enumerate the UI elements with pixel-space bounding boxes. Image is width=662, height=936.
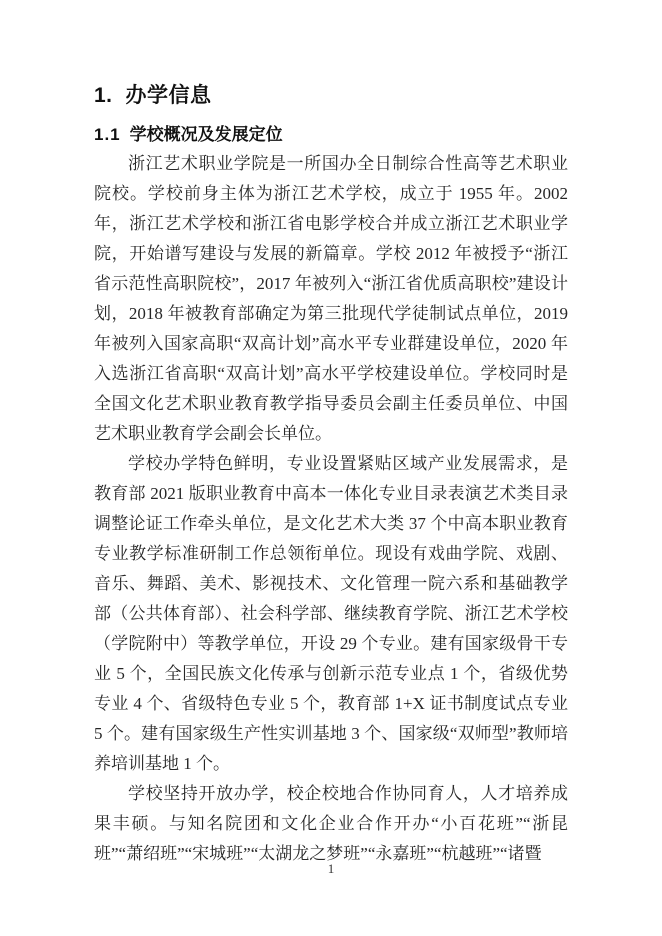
section-number: 1. <box>94 84 113 108</box>
paragraph-school-overview: 浙江艺术职业学院是一所国办全日制综合性高等艺术职业院校。学校前身主体为浙江艺术学… <box>94 149 568 449</box>
subsection-number: 1.1 <box>94 124 121 146</box>
document-page: 1.办学信息 1.1学校概况及发展定位 浙江艺术职业学院是一所国办全日制综合性高… <box>0 0 662 936</box>
subsection-title: 学校概况及发展定位 <box>130 125 283 144</box>
section-title: 办学信息 <box>126 84 212 107</box>
section-heading: 1.办学信息 <box>94 84 568 108</box>
paragraph-open-cooperation: 学校坚持开放办学，校企校地合作协同育人，人才培养成果丰硕。与知名院团和文化企业合… <box>94 779 568 869</box>
paragraph-specialty-features: 学校办学特色鲜明，专业设置紧贴区域产业发展需求，是教育部 2021 版职业教育中… <box>94 449 568 779</box>
subsection-heading: 1.1学校概况及发展定位 <box>94 124 568 146</box>
page-number: 1 <box>0 860 662 878</box>
